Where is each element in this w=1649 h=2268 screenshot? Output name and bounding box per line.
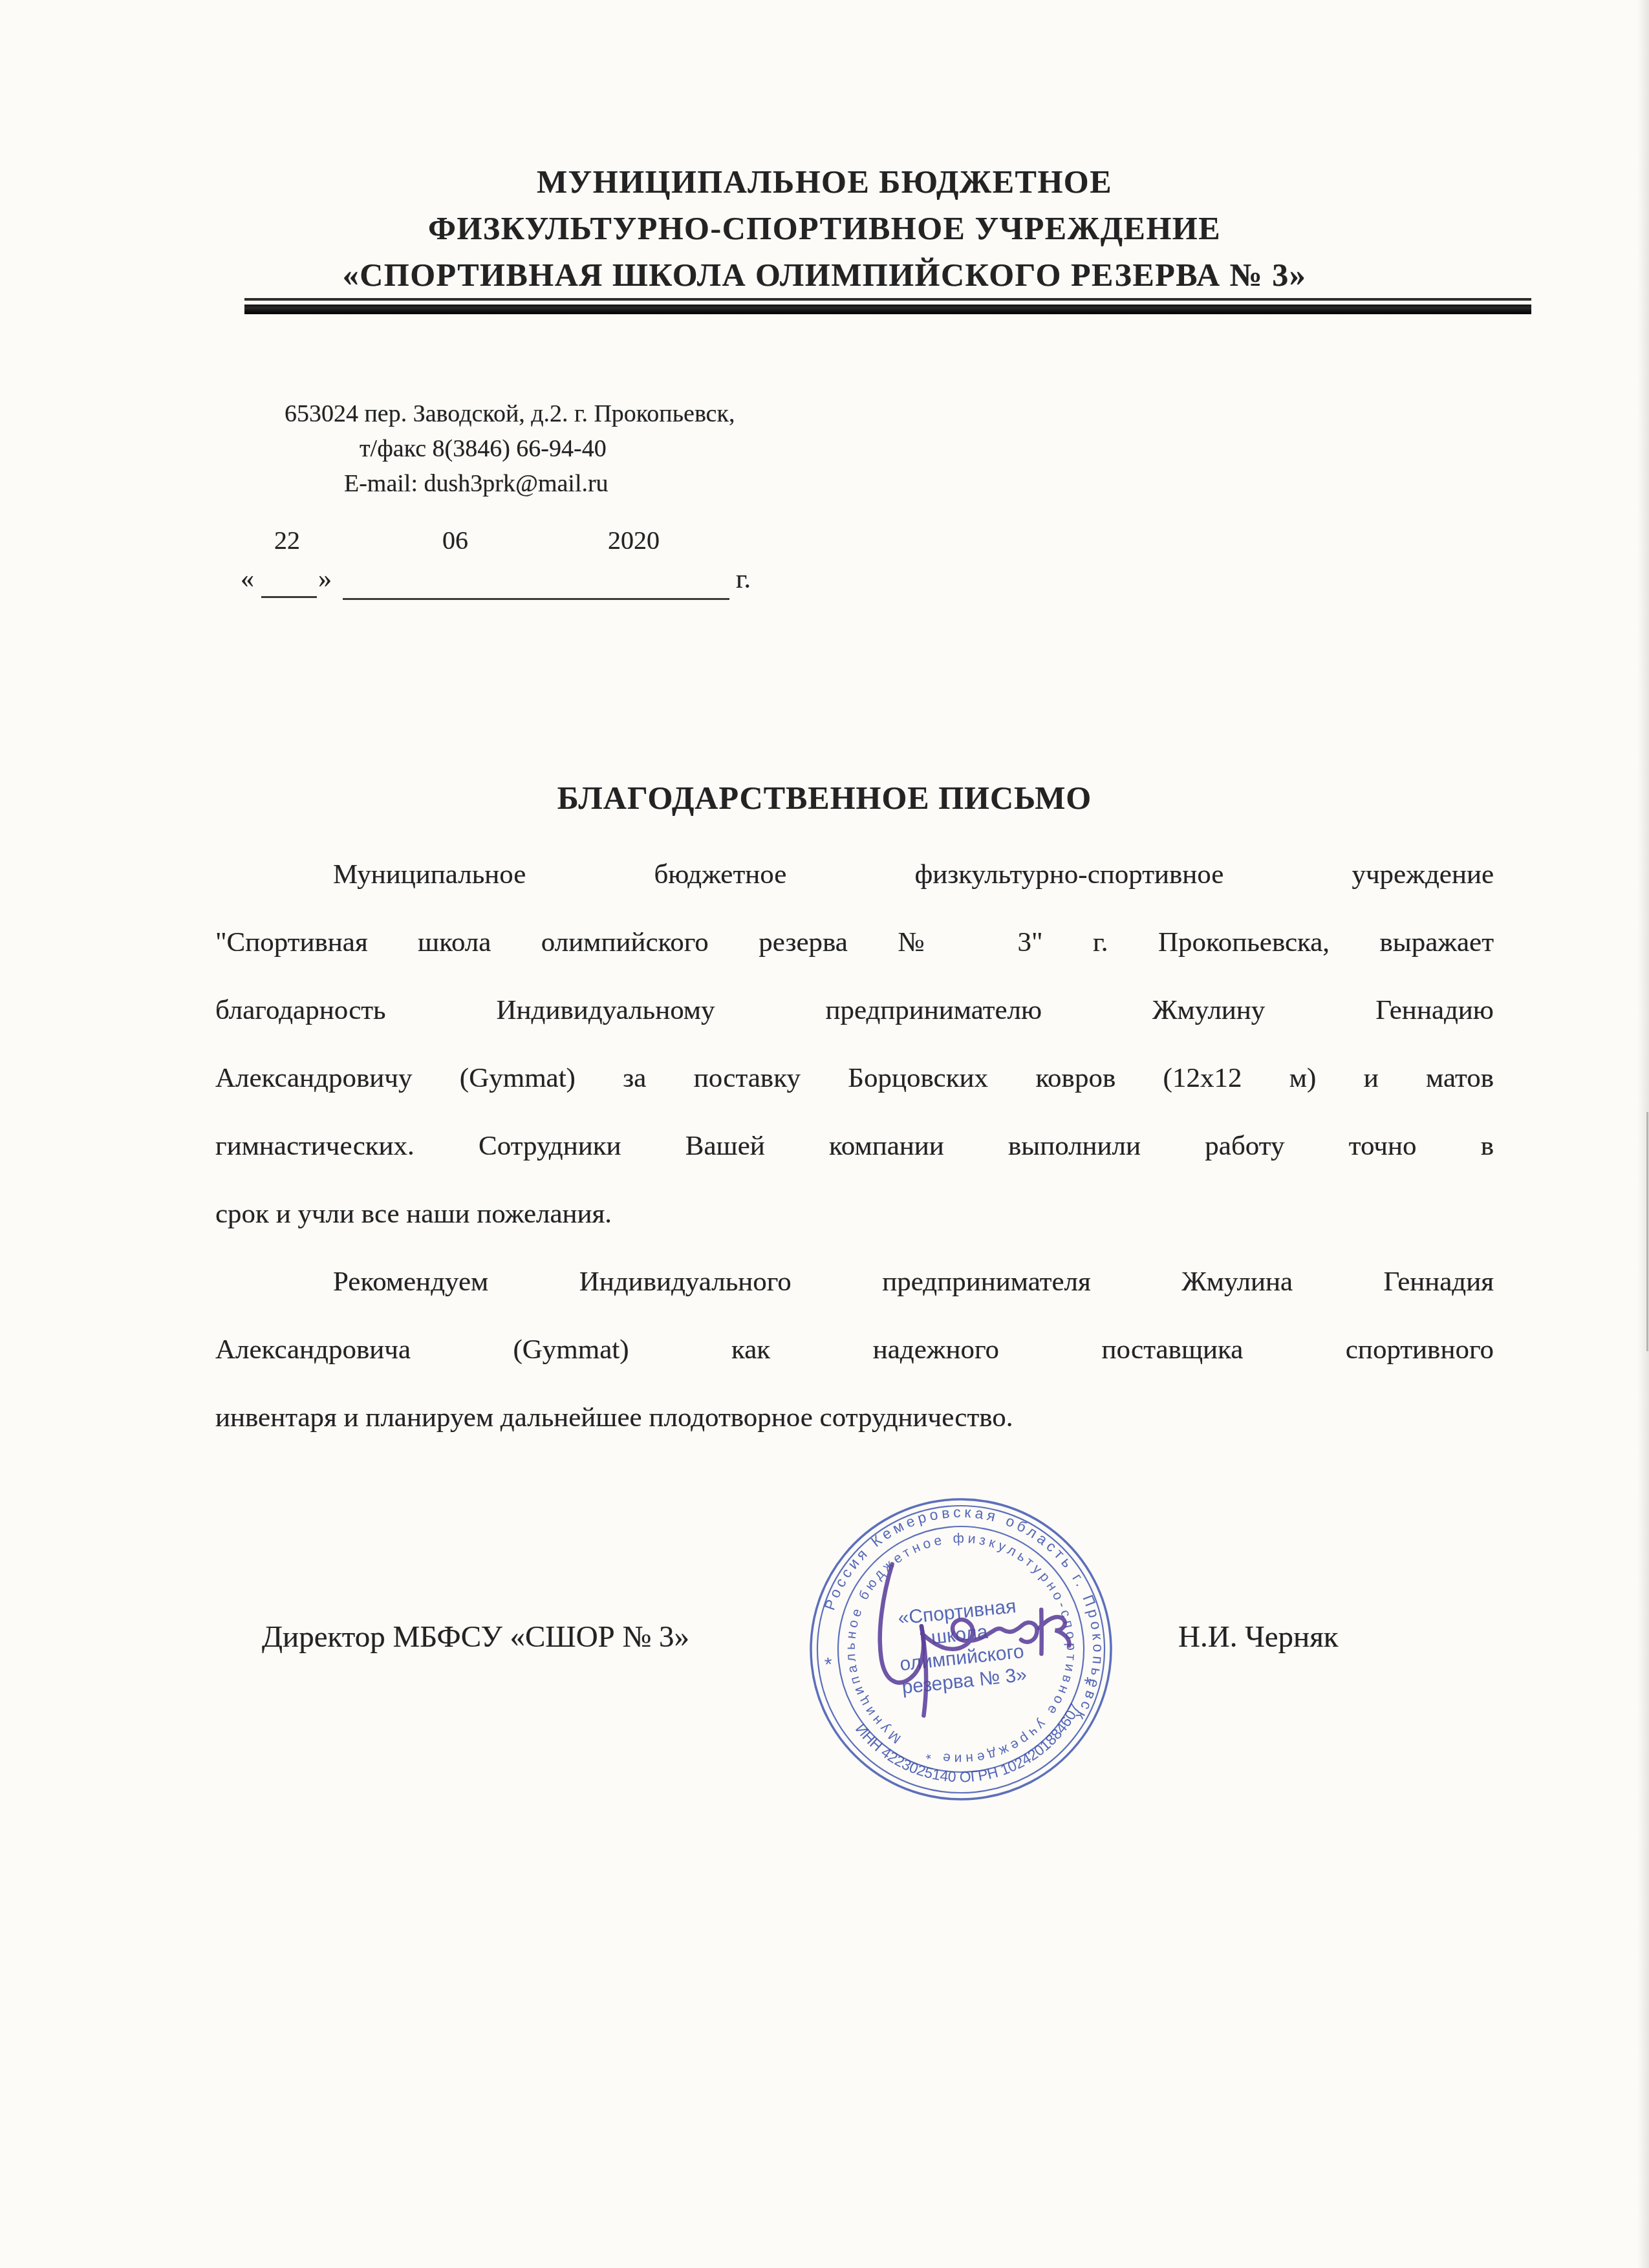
letterhead-line-1: МУНИЦИПАЛЬНОЕ БЮДЖЕТНОЕ [0, 163, 1649, 200]
body-line: инвентаря и планируем дальнейшее плодотв… [215, 1384, 1494, 1451]
body-line: Рекомендуем Индивидуального предпринимат… [215, 1248, 1494, 1316]
date-day: 22 [274, 525, 300, 555]
date-year-suffix: г. [736, 564, 751, 595]
signer-name: Н.И. Черняк [1178, 1620, 1339, 1654]
letter-title: БЛАГОДАРСТВЕННОЕ ПИСЬМО [0, 779, 1649, 817]
date-close-quote: » [318, 564, 332, 595]
body-line: срок и учли все наши пожелания. [215, 1180, 1494, 1248]
signer-position: Директор МБФСУ «СШОР № 3» [262, 1620, 689, 1654]
body-line: Александровича (Gymmat) как надежного по… [215, 1316, 1494, 1384]
stamp-star-right: * [1083, 1673, 1093, 1695]
date-long-underline [343, 598, 729, 600]
date-month: 06 [442, 525, 468, 555]
body-line: "Спортивная школа олимпийского резерва №… [215, 908, 1494, 976]
official-stamp: Россия Кемеровская область г. Прокопьевс… [794, 1482, 1128, 1817]
contact-email: E-mail: dush3prk@mail.ru [344, 469, 609, 498]
date-year: 2020 [608, 525, 660, 555]
body-line: Александровичу (Gymmat) за поставку Борц… [215, 1044, 1494, 1112]
letterhead-rule-thin [244, 298, 1531, 301]
letterhead-rule-thick [244, 305, 1531, 314]
contact-address: 653024 пер. Заводской, д.2. г. Прокопьев… [285, 400, 735, 428]
date-open-quote: « [241, 564, 254, 595]
body-line: гимнастических. Сотрудники Вашей компани… [215, 1112, 1494, 1180]
letterhead-line-2: ФИЗКУЛЬТУРНО-СПОРТИВНОЕ УЧРЕЖДЕНИЕ [0, 209, 1649, 247]
contact-phone: т/факс 8(3846) 66-94-40 [360, 434, 607, 463]
stamp-star-left: * [824, 1654, 834, 1676]
date-day-underline [261, 596, 317, 598]
letter-body: Муниципальное бюджетное физкультурно-спо… [215, 840, 1494, 1451]
scan-edge-line [1646, 1112, 1648, 1351]
scanned-letter-page: МУНИЦИПАЛЬНОЕ БЮДЖЕТНОЕ ФИЗКУЛЬТУРНО-СПО… [0, 0, 1649, 2268]
body-line: Муниципальное бюджетное физкультурно-спо… [215, 840, 1494, 908]
body-line: благодарность Индивидуальному предприним… [215, 976, 1494, 1044]
letterhead-line-3: «СПОРТИВНАЯ ШКОЛА ОЛИМПИЙСКОГО РЕЗЕРВА №… [0, 256, 1649, 294]
